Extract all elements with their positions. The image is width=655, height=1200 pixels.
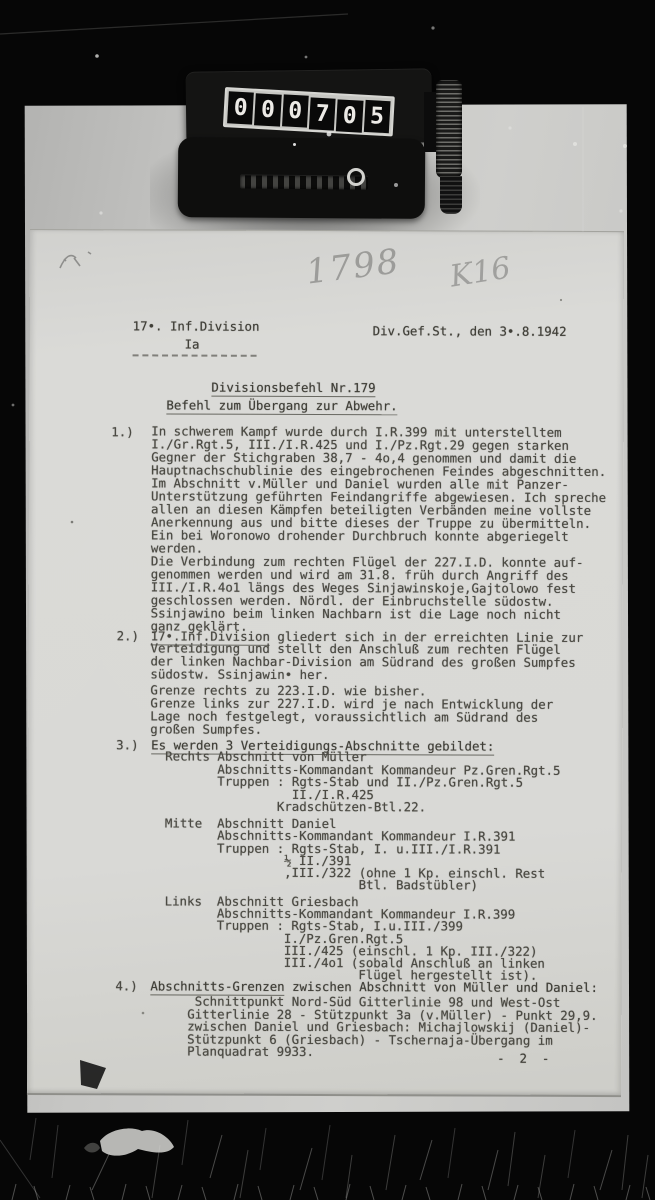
counter-digit: 7: [309, 97, 336, 130]
counter-digit: 0: [254, 93, 281, 126]
frame-counter-device: 0 0 0 7 0 5: [0, 0, 655, 1200]
counter-digit: 0: [227, 91, 254, 124]
counter-speck: [293, 143, 296, 146]
counter-digit: 5: [363, 100, 390, 133]
counter-knob-lower: [440, 176, 462, 214]
counter-knob: [436, 80, 462, 178]
counter-digit: 0: [282, 94, 309, 127]
counter-digit: 0: [336, 99, 363, 132]
counter-ring-detail: [347, 168, 365, 186]
microfilm-frame: 17•. Inf.Division Div.Gef.St., den 3•.8.…: [0, 0, 655, 1200]
counter-speck: [394, 183, 398, 187]
